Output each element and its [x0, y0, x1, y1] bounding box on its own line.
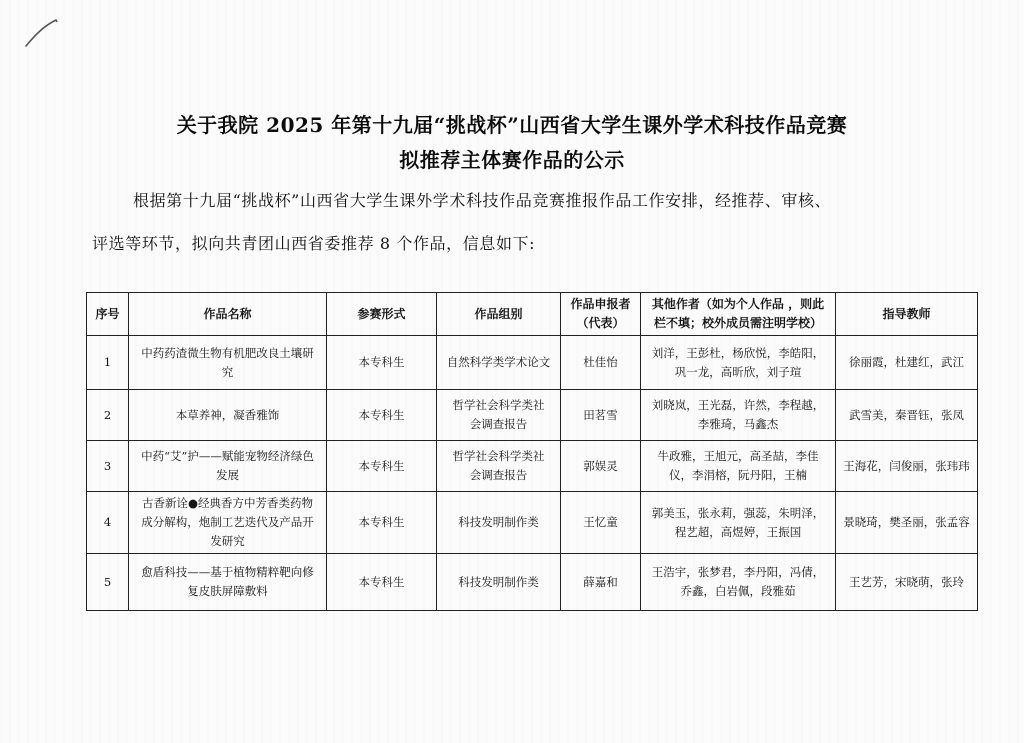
cell-applicant: 薛嘉和	[561, 554, 641, 611]
document-title-line-1: 关于我院 2025 年第十九届“挑战杯”山西省大学生课外学术科技作品竞赛	[0, 109, 1024, 138]
cell-category: 哲学社会科学类社会调查报告	[437, 441, 561, 492]
cell-applicant: 郭娱灵	[561, 441, 641, 492]
cell-category: 自然科学类学术论文	[437, 336, 561, 390]
cell-other-authors: 刘晓岚，王光磊，许然，李程越，李雅琦，马鑫杰	[641, 390, 836, 441]
intro-paragraph-line-2: 评选等环节，拟向共青团山西省委推荐 8 个作品，信息如下:	[92, 231, 972, 254]
cell-advisors: 武雪美，秦晋钰，张凤	[836, 390, 978, 441]
cell-format: 本专科生	[327, 441, 437, 492]
cell-advisors: 王海花，闫俊丽，张玮玮	[836, 441, 978, 492]
cell-work-name: 中药“艾”护——赋能宠物经济绿色发展	[129, 441, 327, 492]
table-row: 5 愈盾科技——基于植物精粹靶向修复皮肤屏障敷料 本专科生 科技发明制作类 薛嘉…	[87, 554, 978, 611]
cell-category: 科技发明制作类	[437, 492, 561, 554]
cell-format: 本专科生	[327, 390, 437, 441]
cell-advisors: 王艺芳，宋晓萌，张玲	[836, 554, 978, 611]
cell-work-name: 愈盾科技——基于植物精粹靶向修复皮肤屏障敷料	[129, 554, 327, 611]
cell-applicant: 杜佳怡	[561, 336, 641, 390]
cell-index: 5	[87, 554, 129, 611]
header-advisors: 指导教师	[836, 293, 978, 336]
cell-applicant: 王忆童	[561, 492, 641, 554]
cell-other-authors: 王浩宇，张梦君，李丹阳，冯倩，乔鑫，白岩佩，段雅茹	[641, 554, 836, 611]
cell-index: 4	[87, 492, 129, 554]
header-category: 作品组别	[437, 293, 561, 336]
header-other-authors: 其他作者（如为个人作品 ，则此 栏不填；校外成员需注明学校）	[641, 293, 836, 336]
cell-format: 本专科生	[327, 336, 437, 390]
table-row: 2 本草养神，凝香雅饰 本专科生 哲学社会科学类社会调查报告 田茗雪 刘晓岚，王…	[87, 390, 978, 441]
cell-index: 2	[87, 390, 129, 441]
header-index: 序号	[87, 293, 129, 336]
cell-applicant: 田茗雪	[561, 390, 641, 441]
table-header-row: 序号 作品名称 参赛形式 作品组别 作品申报者 （代表） 其他作者（如为个人作品…	[87, 293, 978, 336]
table-row: 3 中药“艾”护——赋能宠物经济绿色发展 本专科生 哲学社会科学类社会调查报告 …	[87, 441, 978, 492]
cell-other-authors: 刘洋，王彭杜，杨欣悦，李皓阳，巩一龙，高昕欣，刘子瑄	[641, 336, 836, 390]
header-applicant-line-1: 作品申报者	[565, 295, 636, 314]
cell-work-name: 古香新诠●经典香方中芳香类药物成分解构，炮制工艺迭代及产品开发研究	[129, 492, 327, 554]
intro-paragraph-line-1: 根据第十九届“挑战杯”山西省大学生课外学术科技作品竞赛推报作品工作安排，经推荐、…	[133, 188, 1013, 211]
recommended-works-table: 序号 作品名称 参赛形式 作品组别 作品申报者 （代表） 其他作者（如为个人作品…	[86, 292, 978, 611]
cell-category: 科技发明制作类	[437, 554, 561, 611]
cell-category: 哲学社会科学类社会调查报告	[437, 390, 561, 441]
cell-index: 3	[87, 441, 129, 492]
header-other-authors-line-1: 其他作者（如为个人作品 ，则此	[645, 295, 831, 314]
cell-format: 本专科生	[327, 554, 437, 611]
pen-stroke-mark	[22, 16, 62, 52]
header-other-authors-line-2: 栏不填；校外成员需注明学校）	[645, 314, 831, 333]
header-work-name: 作品名称	[129, 293, 327, 336]
scanned-page: 关于我院 2025 年第十九届“挑战杯”山西省大学生课外学术科技作品竞赛 拟推荐…	[0, 0, 1024, 743]
table-row: 1 中药药渣微生物有机肥改良土壤研究 本专科生 自然科学类学术论文 杜佳怡 刘洋…	[87, 336, 978, 390]
cell-advisors: 徐丽霞，杜建红，武江	[836, 336, 978, 390]
header-applicant-line-2: （代表）	[565, 314, 636, 333]
cell-format: 本专科生	[327, 492, 437, 554]
header-format: 参赛形式	[327, 293, 437, 336]
cell-other-authors: 牛政雅，王旭元，高圣喆，李佳仪，李涓榕，阮丹阳，王楠	[641, 441, 836, 492]
header-applicant: 作品申报者 （代表）	[561, 293, 641, 336]
document-title-line-2: 拟推荐主体赛作品的公示	[0, 144, 1024, 173]
cell-advisors: 景晓琦，樊圣丽，张孟容	[836, 492, 978, 554]
cell-work-name: 中药药渣微生物有机肥改良土壤研究	[129, 336, 327, 390]
table-row: 4 古香新诠●经典香方中芳香类药物成分解构，炮制工艺迭代及产品开发研究 本专科生…	[87, 492, 978, 554]
cell-other-authors: 郭美玉，张永莉，强蕊，朱明泽，程艺超，高煜婷，王振国	[641, 492, 836, 554]
cell-index: 1	[87, 336, 129, 390]
cell-work-name: 本草养神，凝香雅饰	[129, 390, 327, 441]
